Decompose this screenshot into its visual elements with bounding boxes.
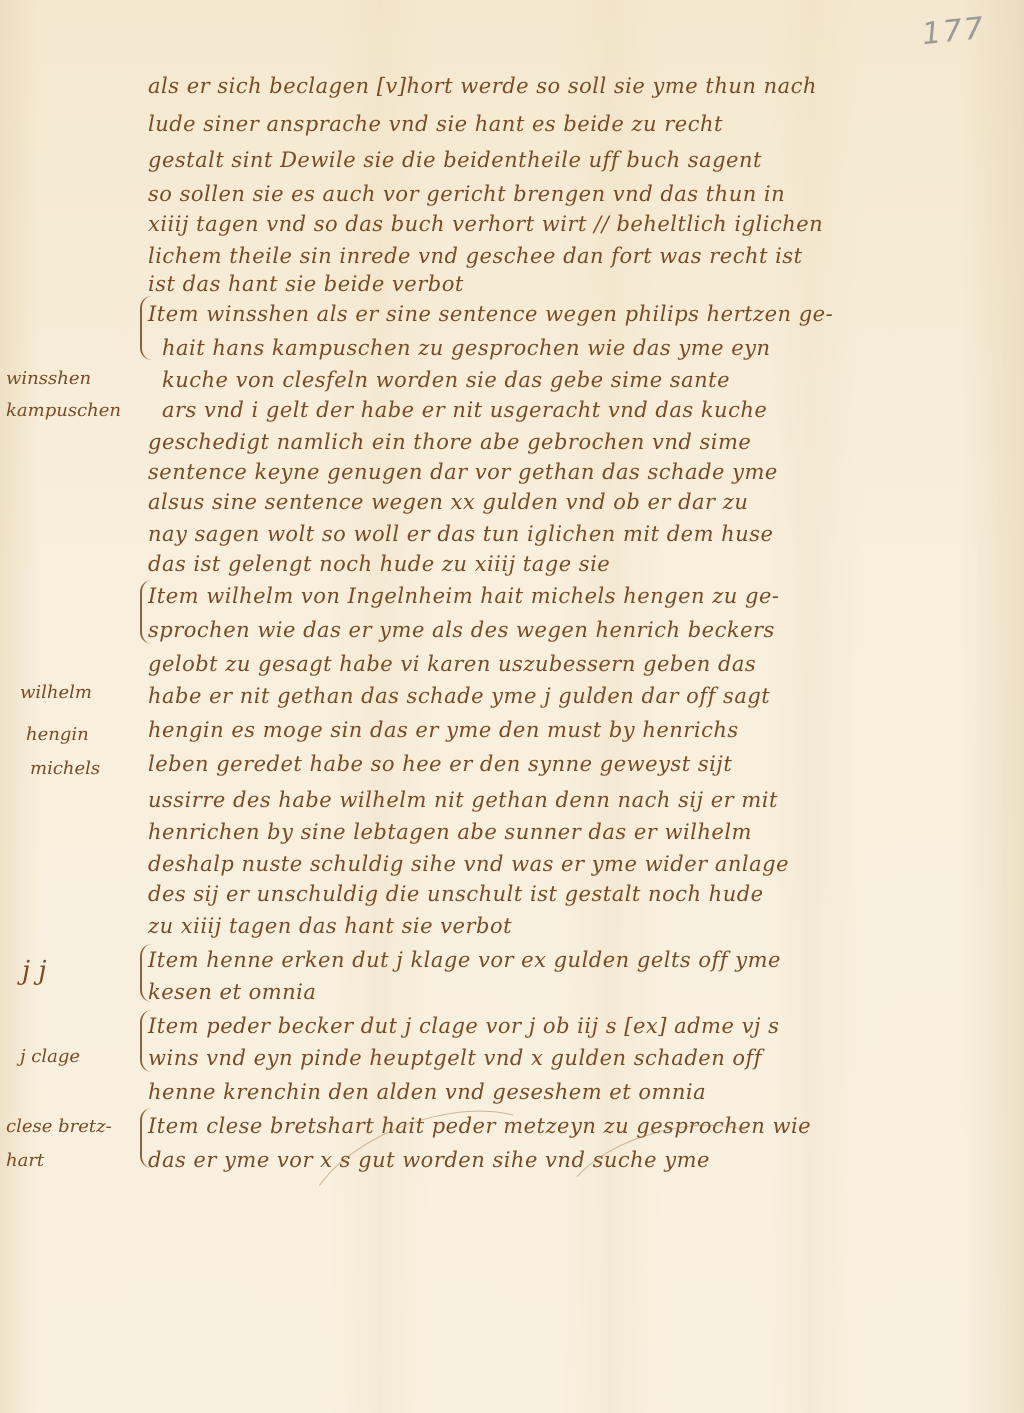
text-line: hengin es moge sin das er yme den must b… (148, 718, 1008, 742)
pen-flourish (284, 1079, 579, 1302)
text-line: alsus sine sentence wegen xx gulden vnd … (148, 490, 1008, 514)
text-line: zu xiiij tagen das hant sie verbot (148, 914, 1008, 938)
text-line: sentence keyne genugen dar vor gethan da… (148, 460, 1008, 484)
text-line: gestalt sint Dewile sie die beidentheile… (148, 148, 1008, 172)
text-line: leben geredet habe so hee er den synne g… (148, 752, 1008, 776)
folio-number: 177 (920, 11, 987, 52)
text-line: deshalp nuste schuldig sihe vnd was er y… (148, 852, 1008, 876)
paragraph-bracket (140, 296, 156, 360)
text-line: sprochen wie das er yme als des wegen he… (148, 618, 1008, 642)
text-line: ussirre des habe wilhelm nit gethan denn… (148, 788, 1008, 812)
text-line: das ist gelengt noch hude zu xiiij tage … (148, 552, 1008, 576)
margin-note: winsshen (6, 368, 151, 390)
text-line: kesen et omnia (148, 980, 1008, 1004)
text-line: das er yme vor x s gut worden sihe vnd s… (148, 1148, 1008, 1172)
margin-note: j clage (20, 1046, 165, 1068)
text-line: Item winsshen als er sine sentence wegen… (148, 302, 1008, 326)
text-line: wins vnd eyn pinde heuptgelt vnd x gulde… (148, 1046, 1008, 1070)
margin-note: michels (30, 758, 175, 780)
text-line: gelobt zu gesagt habe vi karen uszubesse… (148, 652, 1008, 676)
margin-note: hengin (26, 724, 171, 746)
text-line: ars vnd i gelt der habe er nit usgeracht… (162, 398, 1022, 422)
text-line: Item clese bretshart hait peder metzeyn … (148, 1114, 1008, 1138)
text-line: henne krenchin den alden vnd geseshem et… (148, 1080, 1008, 1104)
text-line: geschedigt namlich ein thore abe gebroch… (148, 430, 1008, 454)
margin-note: kampuschen (6, 400, 151, 422)
text-line: Item wilhelm von Ingelnheim hait michels… (148, 584, 1008, 608)
text-line: so sollen sie es auch vor gericht brenge… (148, 182, 1008, 206)
text-line: henrichen by sine lebtagen abe sunner da… (148, 820, 1008, 844)
text-line: Item henne erken dut j klage vor ex guld… (148, 948, 1008, 972)
margin-note: hart (6, 1150, 151, 1172)
text-line: nay sagen wolt so woll er das tun iglich… (148, 522, 1008, 546)
text-line: Item peder becker dut j clage vor j ob i… (148, 1014, 1008, 1038)
text-line: xiiij tagen vnd so das buch verhort wirt… (148, 212, 1008, 236)
text-line: habe er nit gethan das schade yme j guld… (148, 684, 1008, 708)
text-line: als er sich beclagen [v]hort werde so so… (148, 74, 1008, 98)
text-line: ist das hant sie beide verbot (148, 272, 1008, 296)
margin-note: clese bretz- (6, 1116, 151, 1138)
text-line: kuche von clesfeln worden sie das gebe s… (162, 368, 1022, 392)
manuscript-page: 177 als er sich beclagen [v]hort werde s… (0, 0, 1024, 1413)
margin-note: wilhelm (20, 682, 165, 704)
text-line: des sij er unschuldig die unschult ist g… (148, 882, 1008, 906)
margin-note: j j (22, 960, 167, 982)
paragraph-bracket (140, 580, 156, 644)
text-line: hait hans kampuschen zu gesprochen wie d… (162, 336, 1022, 360)
text-line: lichem theile sin inrede vnd geschee dan… (148, 244, 1008, 268)
text-line: lude siner ansprache vnd sie hant es bei… (148, 112, 1008, 136)
